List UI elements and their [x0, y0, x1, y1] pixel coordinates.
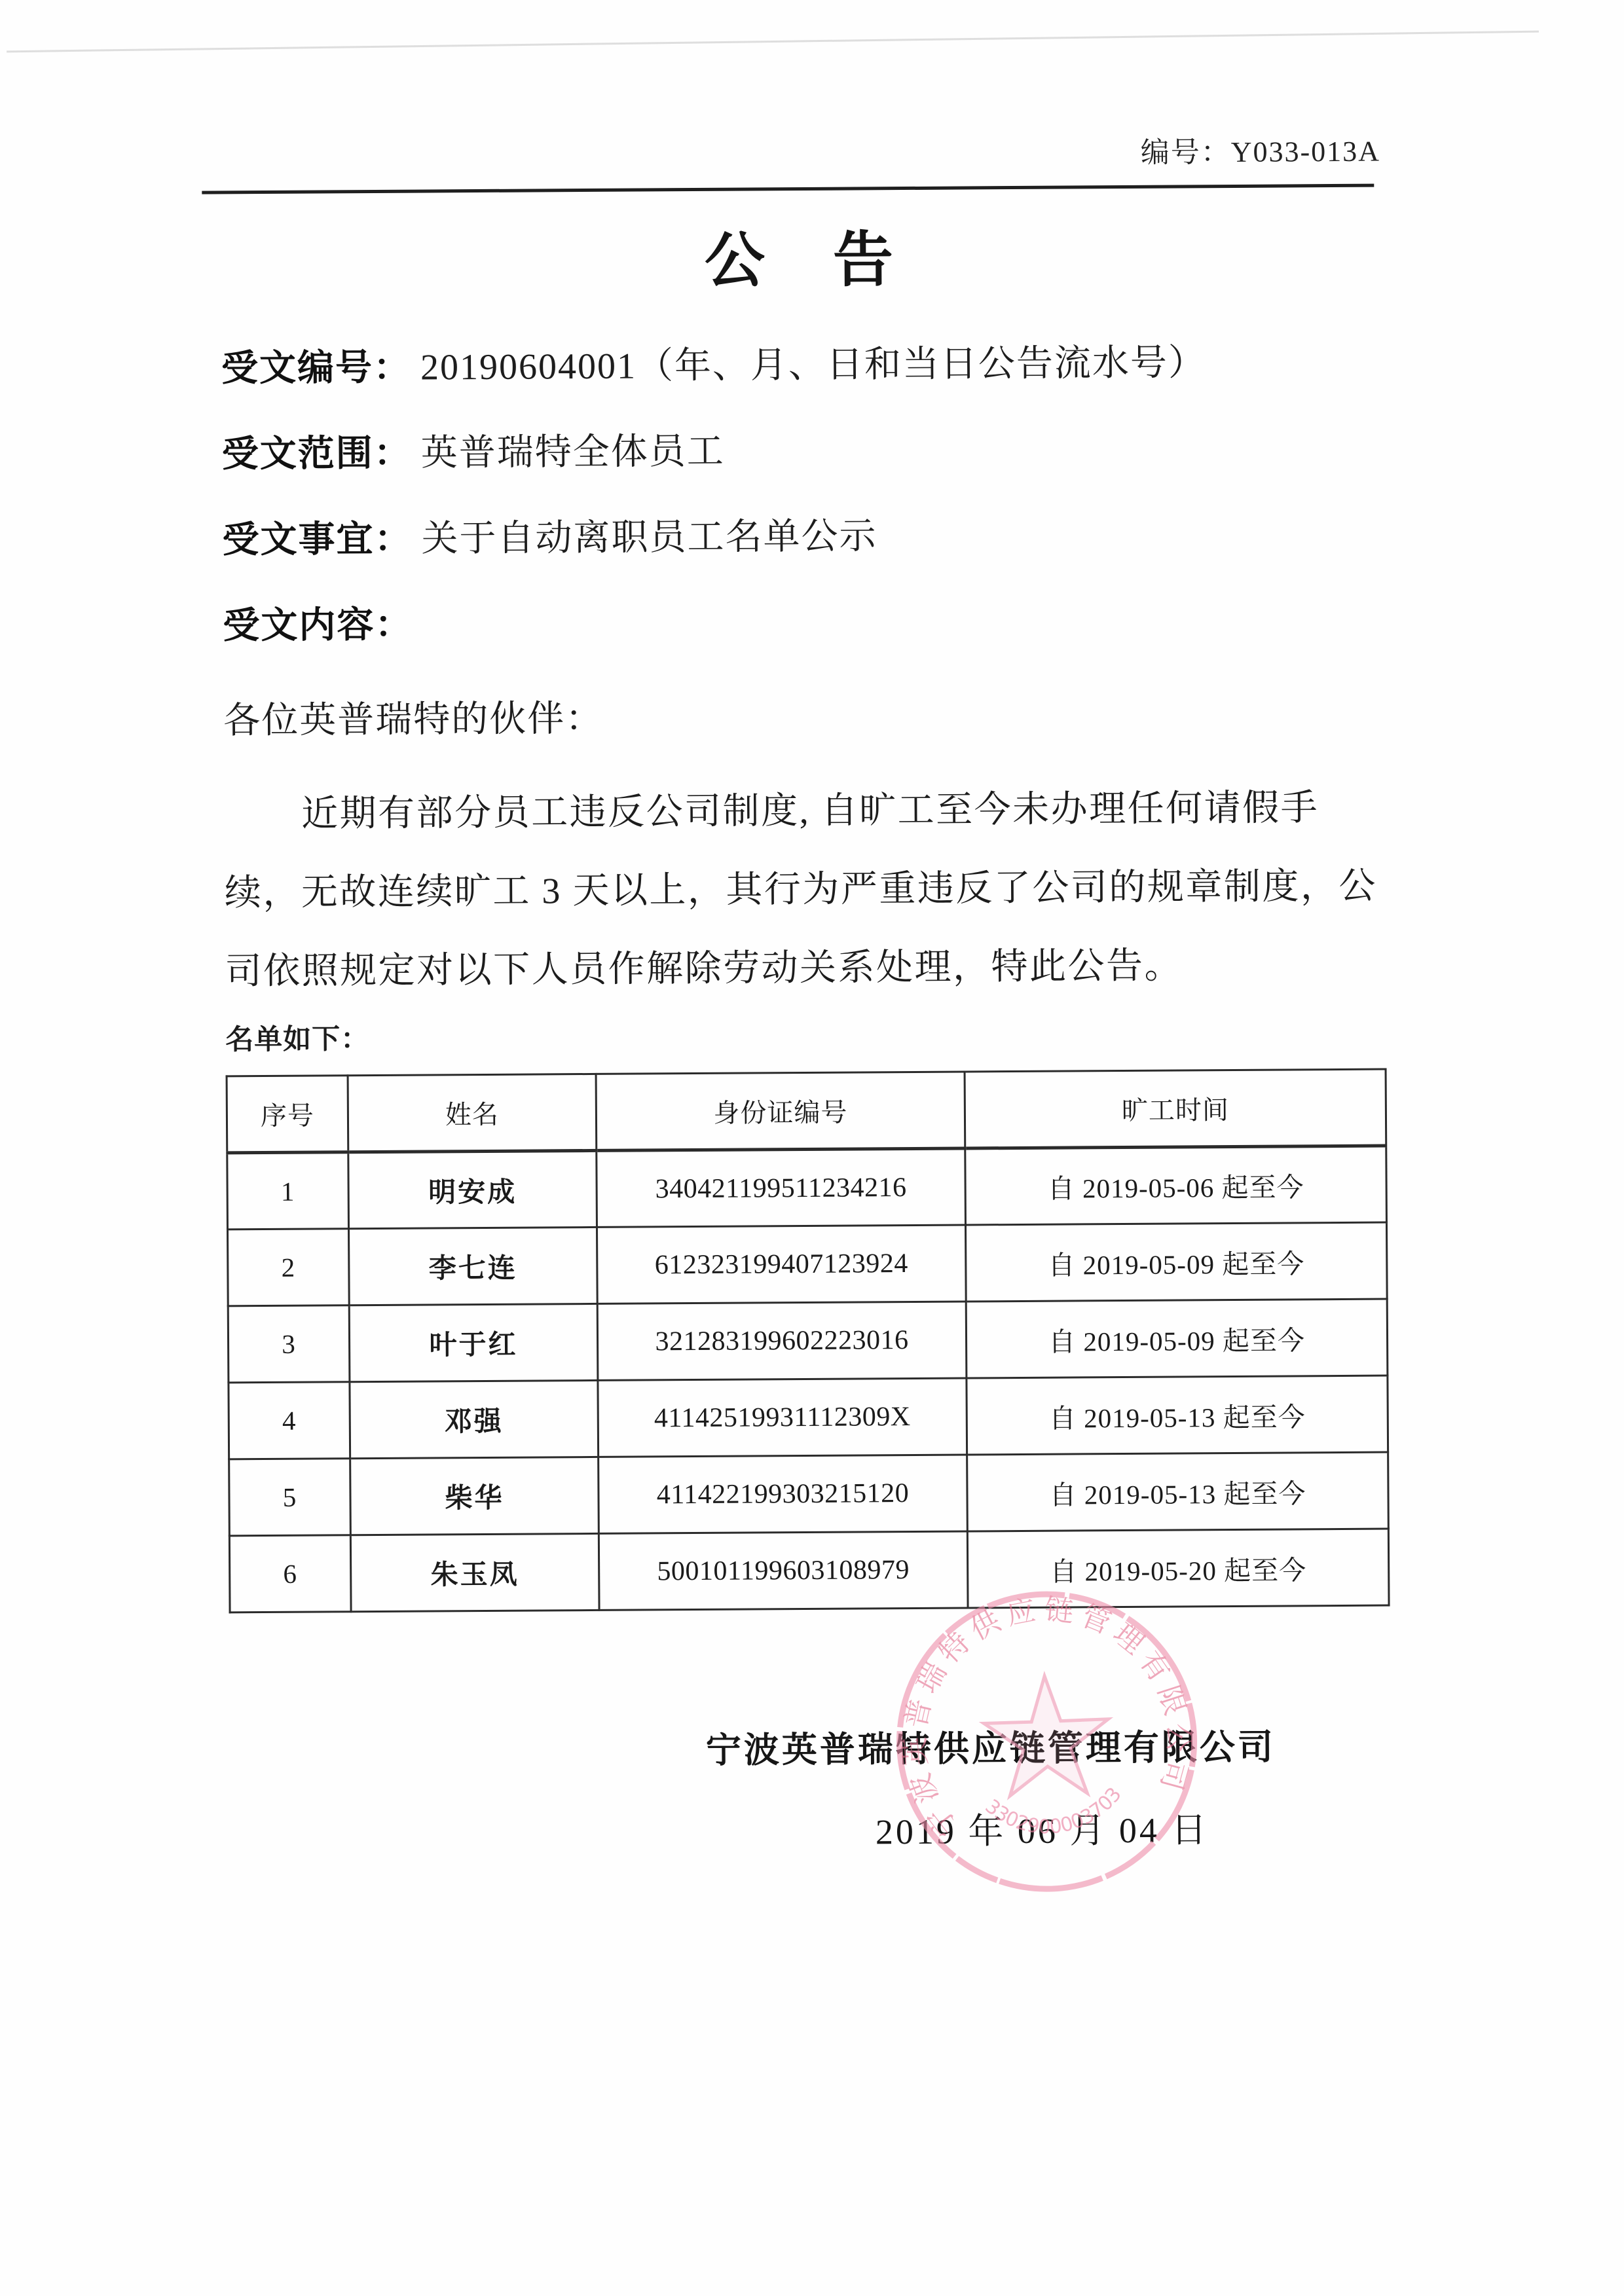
field-doc-id-value: 20190604001（年、月、日和当日公告流水号） [420, 333, 1206, 390]
document-content: 编号：Y033-013A 公 告 受文编号： 20190604001（年、月、日… [219, 0, 1391, 1857]
paragraph-line: 近期有部分员工违反公司制度, 自旷工至今未办理任何请假手 [224, 769, 1385, 854]
table-row: 2 李七连 612323199407123924 自 2019-05-09 起至… [227, 1222, 1387, 1306]
signature-date: 2019 年 06 月 04 日 [462, 1806, 1622, 1855]
cell-name: 柴华 [350, 1457, 599, 1535]
field-scope-value: 英普瑞特全体员工 [420, 422, 724, 476]
table-header-row: 序号 姓名 身份证编号 旷工时间 [227, 1069, 1386, 1153]
doc-number: 编号：Y033-013A [220, 133, 1380, 178]
scanned-announcement-page: 编号：Y033-013A 公 告 受文编号： 20190604001（年、月、日… [0, 0, 1624, 2296]
salutation: 各位英普瑞特的伙伴： [223, 672, 1384, 757]
cell-name: 叶于红 [349, 1303, 598, 1381]
field-content-label: 受文内容： [223, 595, 413, 649]
cell-absence-period: 自 2019-05-13 起至今 [967, 1452, 1389, 1531]
cell-name: 李七连 [348, 1227, 597, 1305]
cell-index: 2 [227, 1229, 349, 1306]
cell-id-number: 340421199511234216 [597, 1148, 966, 1227]
field-subject-label: 受文事宜： [222, 509, 412, 563]
table-row: 4 邓强 41142519931112309X 自 2019-05-13 起至今 [229, 1376, 1388, 1459]
cell-absence-period: 自 2019-05-13 起至今 [967, 1376, 1388, 1455]
col-header-name: 姓名 [348, 1074, 597, 1152]
cell-index: 4 [229, 1382, 350, 1459]
table-row: 1 明安成 340421199511234216 自 2019-05-06 起至… [227, 1146, 1387, 1230]
col-header-absence-period: 旷工时间 [965, 1069, 1386, 1148]
cell-id-number: 41142519931112309X [598, 1378, 967, 1457]
cell-name: 朱玉凤 [350, 1533, 599, 1611]
paragraph-line: 续，无故连续旷工 3 天以上，其行为严重违反了公司的规章制度，公 [224, 847, 1385, 933]
cell-id-number: 612323199407123924 [597, 1225, 966, 1303]
paragraph-line: 司依照规定对以下人员作解除劳动关系处理，特此公告。 [225, 926, 1386, 1011]
header-fields: 受文编号： 20190604001（年、月、日和当日公告流水号） 受文范围： 英… [221, 316, 1384, 666]
cell-id-number: 321283199602223016 [597, 1302, 967, 1380]
table-row: 6 朱玉凤 500101199603108979 自 2019-05-20 起至… [229, 1529, 1389, 1613]
cell-index: 3 [228, 1305, 350, 1383]
table-row: 5 柴华 411422199303215120 自 2019-05-13 起至今 [229, 1452, 1389, 1536]
field-scope-label: 受文范围： [221, 424, 411, 477]
cell-index: 5 [229, 1459, 351, 1536]
dismissed-employees-table: 序号 姓名 身份证编号 旷工时间 1 明安成 34042119951123421… [226, 1068, 1390, 1614]
field-content: 受文内容： [223, 573, 1384, 666]
cell-id-number: 500101199603108979 [599, 1531, 968, 1610]
cell-name: 明安成 [348, 1150, 597, 1228]
field-doc-id-label: 受文编号： [221, 338, 411, 392]
page-title: 公 告 [221, 224, 1382, 298]
list-intro: 名单如下： [225, 1015, 1386, 1060]
header-divider [202, 184, 1374, 194]
table-row: 3 叶于红 321283199602223016 自 2019-05-09 起至… [228, 1299, 1388, 1383]
cell-index: 6 [229, 1535, 351, 1613]
cell-absence-period: 自 2019-05-09 起至今 [965, 1222, 1387, 1302]
col-header-id-number: 身份证编号 [596, 1072, 965, 1150]
col-header-index: 序号 [227, 1076, 348, 1153]
cell-absence-period: 自 2019-05-09 起至今 [966, 1299, 1388, 1378]
field-subject: 受文事宜： 关于自动离职员工名单公示 [222, 487, 1383, 580]
field-scope: 受文范围： 英普瑞特全体员工 [221, 401, 1382, 494]
field-doc-id: 受文编号： 20190604001（年、月、日和当日公告流水号） [221, 316, 1382, 409]
field-subject-value: 关于自动离职员工名单公示 [421, 507, 877, 562]
cell-index: 1 [227, 1152, 349, 1230]
cell-name: 邓强 [350, 1380, 599, 1458]
cell-absence-period: 自 2019-05-06 起至今 [965, 1146, 1387, 1225]
body-paragraph: 近期有部分员工违反公司制度, 自旷工至今未办理任何请假手 续，无故连续旷工 3 … [224, 769, 1386, 1011]
cell-id-number: 411422199303215120 [599, 1455, 968, 1533]
cell-absence-period: 自 2019-05-20 起至今 [967, 1529, 1389, 1608]
signature-company-name: 宁波英普瑞特供应链管理有限公司 [411, 1724, 1571, 1774]
